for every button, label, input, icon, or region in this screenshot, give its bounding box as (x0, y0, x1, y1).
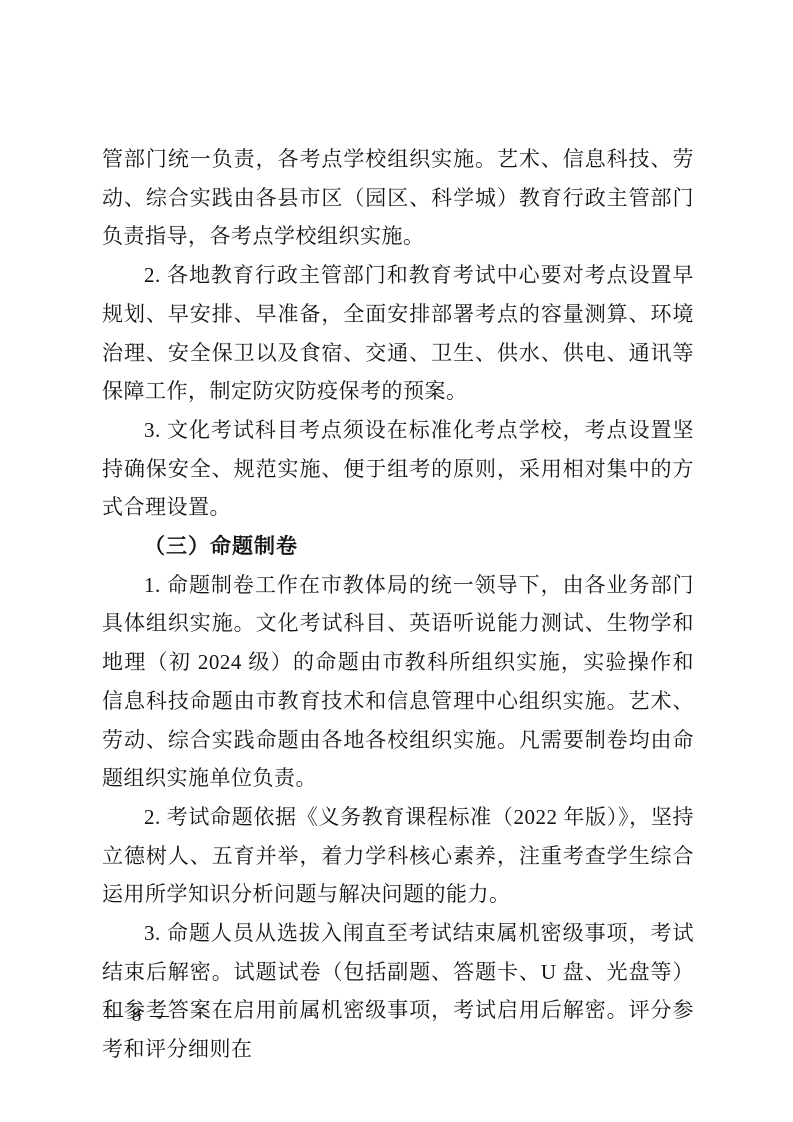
paragraph-proposition-organization: 1. 命题制卷工作在市教体局的统一领导下，由各业务部门具体组织实施。文化考试科目… (102, 566, 694, 798)
section-heading-proposition-printing: （三）命题制卷 (102, 527, 694, 566)
document-page: 管部门统一负责，各考点学校组织实施。艺术、信息科技、劳动、综合实践由各县市区（园… (0, 0, 793, 1122)
paragraph-continuation: 管部门统一负责，各考点学校组织实施。艺术、信息科技、劳动、综合实践由各县市区（园… (102, 140, 694, 256)
page-number: — 8 — (104, 1002, 171, 1030)
paragraph-exam-site-preparation: 2. 各地教育行政主管部门和教育考试中心要对考点设置早规划、早安排、早准备，全面… (102, 256, 694, 411)
document-body: 管部门统一负责，各考点学校组织实施。艺术、信息科技、劳动、综合实践由各县市区（园… (102, 140, 694, 1069)
paragraph-standardized-exam-sites: 3. 文化考试科目考点须设在标准化考点学校，考点设置坚持确保安全、规范实施、便于… (102, 411, 694, 527)
paragraph-confidentiality: 3. 命题人员从选拔入闱直至考试结束属机密级事项，考试结束后解密。试题试卷（包括… (102, 914, 694, 1069)
paragraph-proposition-basis: 2. 考试命题依据《义务教育课程标准（2022 年版）》，坚持立德树人、五育并举… (102, 798, 694, 914)
